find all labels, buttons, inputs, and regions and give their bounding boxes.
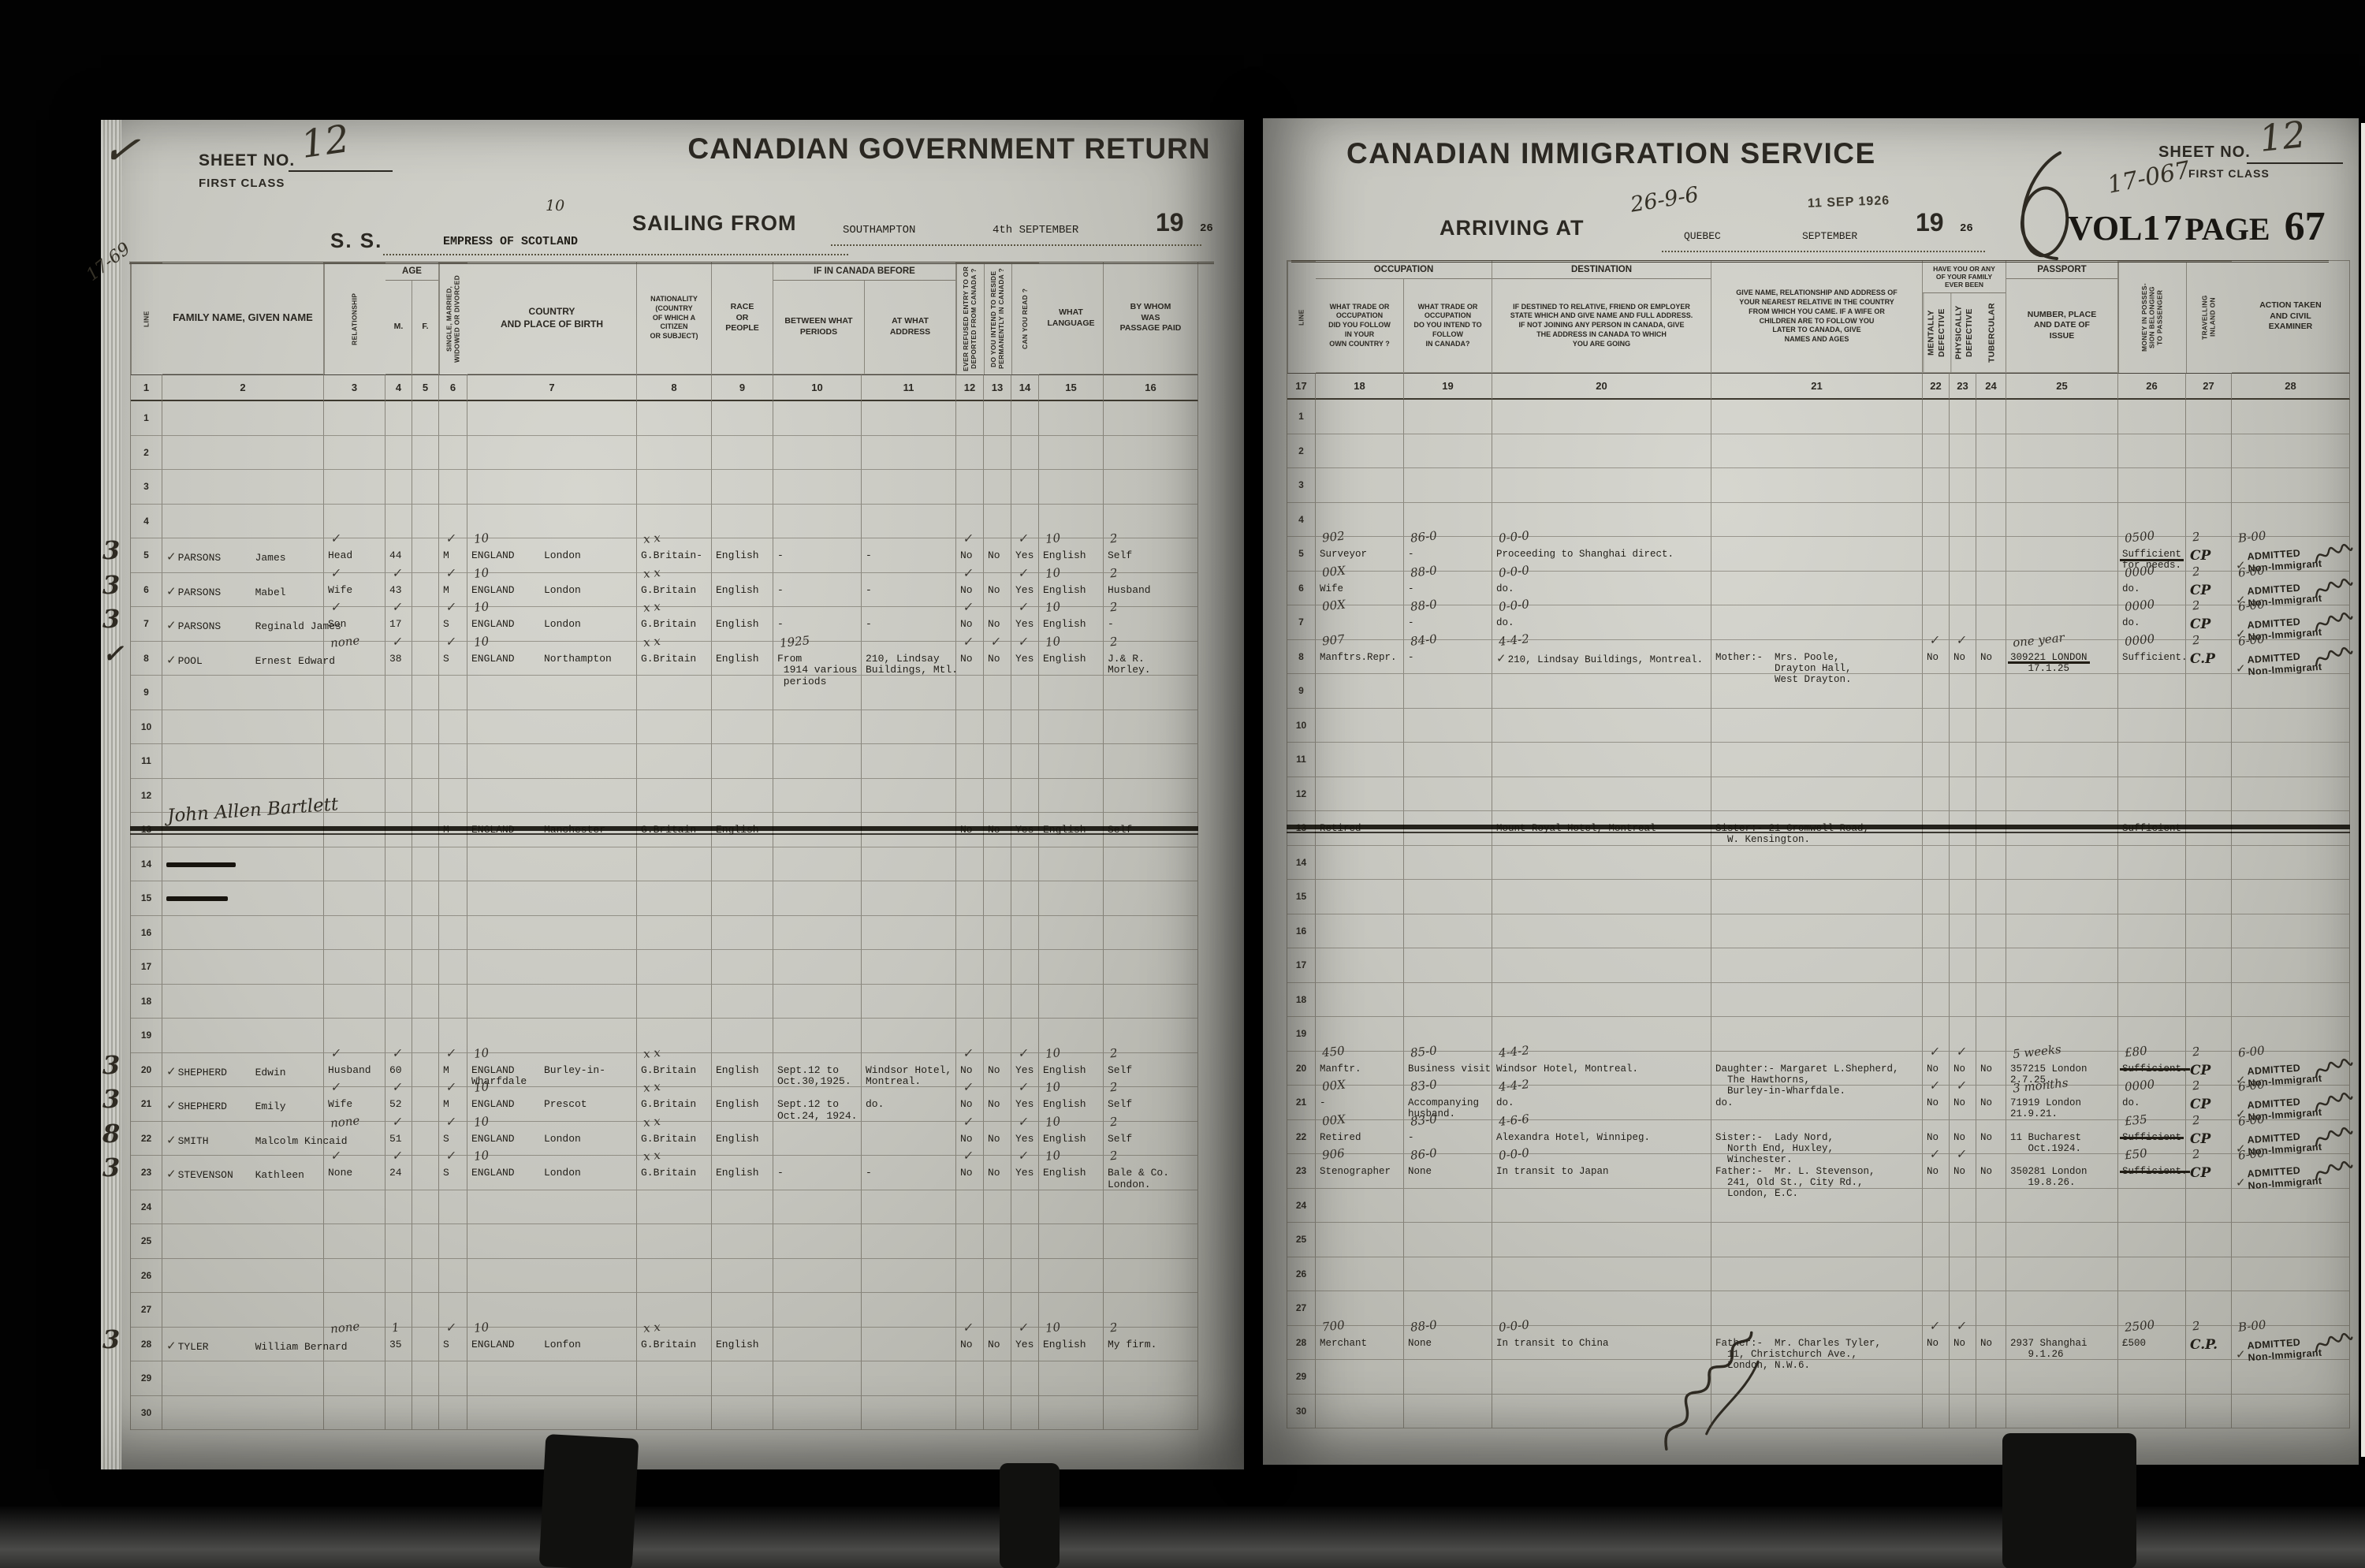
table-cell — [1039, 1259, 1104, 1294]
table-cell — [385, 985, 412, 1019]
table-cell: English — [712, 573, 773, 608]
table-cell — [1011, 1224, 1039, 1259]
table-cell — [2118, 948, 2186, 983]
table-cell — [412, 813, 439, 847]
table-cell: - — [862, 607, 956, 642]
line-number: 18 — [131, 985, 162, 1019]
birth-place-entry: Northampton — [544, 653, 612, 665]
birth-country-entry: ENGLAND — [471, 585, 544, 597]
table-cell: No — [1976, 1052, 2006, 1086]
table-cell — [2186, 983, 2232, 1018]
table-cell — [385, 1190, 412, 1225]
typed-entry: English — [716, 549, 759, 561]
typed-entry: 38 — [389, 653, 402, 665]
table-cell — [1104, 1019, 1198, 1053]
sheet-no-underline — [289, 170, 393, 172]
handwritten-annotation: ✓ — [391, 599, 402, 614]
table-cell — [2232, 743, 2350, 777]
table-cell — [385, 676, 412, 710]
table-cell — [637, 1190, 712, 1225]
table-cell — [412, 1053, 439, 1088]
table-cell — [1316, 1395, 1404, 1429]
column-header-name: FAMILY NAME, GIVEN NAME — [162, 263, 324, 374]
typed-entry: No — [988, 549, 1000, 561]
typed-entry: English — [716, 1167, 759, 1179]
table-cell — [1950, 1189, 1976, 1223]
column-header-occupation-canada: WHAT TRADE OR OCCUPATION DO YOU INTEND T… — [1404, 279, 1492, 372]
column-header-passage-paid: BY WHOM WAS PASSAGE PAID — [1104, 263, 1198, 374]
table-cell — [1039, 470, 1104, 505]
check-mark-annotation: ✓ — [99, 122, 143, 178]
handwritten-annotation: £35 — [2124, 1112, 2147, 1128]
table-cell — [2118, 1395, 2186, 1429]
column-header-can-read: CAN YOU READ ? — [1011, 263, 1039, 374]
table-cell: ✓No — [1923, 1326, 1950, 1361]
typed-entry: English — [1043, 584, 1086, 596]
table-cell — [385, 813, 412, 847]
typed-entry: No — [988, 584, 1000, 596]
column-number: 14 — [1011, 374, 1039, 401]
typed-entry: No — [1953, 1132, 1965, 1143]
typed-entry: No — [988, 824, 1000, 836]
table-cell — [984, 779, 1011, 814]
ss-label: S. S. — [330, 229, 382, 253]
typed-entry: CP — [2190, 1097, 2210, 1112]
handwritten-annotation: 4-4-2 — [1498, 631, 1529, 649]
handwritten-annotation: ✓ — [445, 1045, 456, 1060]
table-cell — [773, 1019, 862, 1053]
table-cell — [1711, 468, 1923, 503]
table-cell: 10ENGLANDLondon — [467, 573, 637, 608]
table-cell — [1104, 744, 1198, 779]
handwritten-annotation: ✓ — [1017, 531, 1028, 546]
table-cell — [637, 950, 712, 985]
typed-entry: 44 — [389, 549, 402, 561]
handwritten-annotation: ✓ — [445, 531, 456, 546]
line-number: 3 — [1287, 468, 1316, 503]
typed-entry: None — [1408, 1338, 1432, 1349]
handwritten-annotation: 2 — [2192, 1147, 2200, 1162]
table-cell — [712, 916, 773, 951]
given-name-entry: James — [255, 552, 286, 564]
table-cell — [956, 710, 984, 745]
year-typed: 26 — [1960, 222, 1973, 235]
table-cell — [1104, 1259, 1198, 1294]
line-number: 17 — [131, 950, 162, 985]
line-number: 283 — [131, 1328, 162, 1362]
table-cell — [467, 436, 637, 471]
typed-entry: None — [328, 1167, 352, 1179]
table-cell — [773, 1190, 862, 1225]
table-cell — [956, 779, 984, 814]
table-cell: Sister:- Lady Nord, North End, Huxley, W… — [1711, 1120, 1923, 1155]
table-cell — [385, 1259, 412, 1294]
table-cell — [2006, 846, 2118, 881]
table-cell — [324, 813, 385, 847]
table-cell — [2186, 400, 2232, 434]
typed-entry: English — [1043, 653, 1086, 665]
table-cell — [984, 1259, 1011, 1294]
column-header-action-taken: ACTION TAKEN AND CIVIL EXAMINER — [2232, 261, 2350, 373]
line-number: 15 — [1287, 880, 1316, 914]
table-cell — [2006, 1395, 2118, 1429]
table-cell — [2118, 400, 2186, 434]
table-cell — [2232, 674, 2350, 709]
table-cell — [1404, 709, 1492, 743]
table-cell — [637, 1361, 712, 1396]
table-cell — [862, 779, 956, 814]
table-cell — [1011, 985, 1039, 1019]
table-cell: 84-0- — [1404, 640, 1492, 675]
table-cell — [2006, 880, 2118, 914]
table-cell — [412, 710, 439, 745]
table-cell — [1104, 505, 1198, 539]
handwritten-annotation: 0-0-0 — [1498, 597, 1529, 614]
table-cell — [467, 881, 637, 916]
table-cell — [2186, 948, 2232, 983]
table-cell — [1316, 743, 1404, 777]
table-cell — [162, 401, 324, 436]
typed-entry: No — [1980, 1063, 1992, 1075]
handwritten-annotation: 86-0 — [1410, 528, 1437, 545]
table-cell: do. — [862, 1087, 956, 1122]
table-cell — [467, 676, 637, 710]
table-cell: 135 — [385, 1328, 412, 1362]
table-cell — [412, 470, 439, 505]
table-cell — [1104, 881, 1198, 916]
typed-entry: English — [716, 1064, 759, 1076]
line-number: 27 — [1287, 1291, 1316, 1326]
handwritten-annotation: ✓ — [962, 531, 973, 546]
table-cell — [324, 744, 385, 779]
table-cell: 10ENGLANDLondon — [467, 1156, 637, 1190]
typed-entry: Business visit — [1408, 1063, 1491, 1075]
table-cell — [1950, 914, 1976, 949]
table-cell: 2500£500 — [2118, 1326, 2186, 1361]
handwritten-annotation: 906 — [1321, 1146, 1345, 1163]
table-cell — [712, 470, 773, 505]
table-cell — [956, 1361, 984, 1396]
table-cell — [712, 401, 773, 436]
table-cell: x xG.Britain — [637, 1328, 712, 1362]
table-cell — [637, 847, 712, 882]
table-cell — [637, 470, 712, 505]
given-name-entry: Emily — [255, 1101, 286, 1112]
line-number: 10 — [131, 710, 162, 745]
table-cell — [1923, 914, 1950, 949]
handwritten-annotation: 10 — [1045, 1045, 1061, 1061]
handwritten-annotation: x x — [642, 599, 661, 615]
struck-out-entry — [166, 896, 228, 901]
table-cell: ✓S — [439, 1328, 467, 1362]
table-cell: ENGLANDManchester — [467, 813, 637, 847]
table-cell — [439, 1224, 467, 1259]
handwritten-annotation: 4-4-2 — [1498, 1077, 1529, 1094]
table-cell: x xG.Britain — [637, 642, 712, 676]
typed-entry: English — [1043, 1339, 1086, 1350]
table-cell — [2232, 1189, 2350, 1223]
table-cell — [1976, 537, 2006, 572]
typed-entry: - — [777, 584, 784, 596]
table-cell — [862, 505, 956, 539]
line-number: 14 — [131, 847, 162, 882]
handwritten-annotation: 2 — [2192, 1318, 2200, 1333]
table-cell — [2232, 709, 2350, 743]
table-cell — [862, 847, 956, 882]
typed-entry: No — [960, 653, 973, 665]
typed-entry: S — [443, 1133, 449, 1145]
column-header-address: AT WHAT ADDRESS — [865, 281, 955, 374]
table-cell: ✓POOLErnest Edward — [162, 642, 324, 676]
handwritten-annotation: 4-4-2 — [1498, 1043, 1529, 1060]
handwritten-annotation: ✓ — [330, 1079, 341, 1094]
typed-entry: Wife — [328, 1098, 352, 1110]
table-cell — [162, 676, 324, 710]
line-number: 63 — [131, 573, 162, 608]
typed-entry: CP — [2190, 1063, 2210, 1078]
table-cell: ✓No — [1950, 640, 1976, 675]
table-cell — [1976, 605, 2006, 640]
table-cell — [1404, 811, 1492, 846]
handwritten-annotation: ✓ — [1017, 1148, 1028, 1163]
handwritten-annotation: 2 — [1109, 1045, 1118, 1060]
line-number: 25 — [1287, 1223, 1316, 1257]
table-cell — [1492, 709, 1711, 743]
margin-annotation: 3 — [102, 1050, 120, 1080]
table-cell — [1492, 846, 1711, 881]
table-cell — [2186, 709, 2232, 743]
column-header-age-f: F. — [412, 281, 438, 374]
table-cell — [385, 436, 412, 471]
defects-group-title: HAVE YOU OR ANY OF YOUR FAMILY EVER BEEN — [1923, 261, 2006, 293]
table-cell — [1950, 400, 1976, 434]
handwritten-annotation: 700 — [1321, 1317, 1345, 1334]
table-cell — [1404, 468, 1492, 503]
table-cell — [412, 1361, 439, 1396]
table-cell — [773, 436, 862, 471]
column-number: 3 — [324, 374, 385, 401]
table-cell — [956, 950, 984, 985]
table-cell — [439, 710, 467, 745]
table-cell — [385, 1293, 412, 1328]
table-cell — [712, 779, 773, 814]
typed-entry: CP — [2190, 548, 2210, 564]
check-mark-annotation: ✓ — [166, 1133, 177, 1147]
table-cell — [439, 847, 467, 882]
handwritten-annotation: 0-0-0 — [1498, 1145, 1529, 1163]
table-cell — [1950, 503, 1976, 538]
table-cell — [412, 1122, 439, 1156]
table-cell — [1976, 1257, 2006, 1292]
table-cell — [637, 744, 712, 779]
table-cell — [467, 985, 637, 1019]
table-cell: ✓PARSONSMabel — [162, 573, 324, 608]
table-cell — [1011, 847, 1039, 882]
handwritten-annotation: 88-0 — [1410, 563, 1437, 579]
table-cell — [2006, 709, 2118, 743]
table-cell — [862, 950, 956, 985]
table-cell — [1492, 1395, 1711, 1429]
table-cell: No — [984, 573, 1011, 608]
table-cell — [162, 1293, 324, 1328]
column-number: 17 — [1287, 373, 1316, 400]
table-cell — [1976, 674, 2006, 709]
typed-entry: 35 — [389, 1339, 402, 1350]
table-cell — [2232, 914, 2350, 949]
typed-entry: do. — [1496, 617, 1514, 628]
table-cell — [712, 505, 773, 539]
table-cell: ✓No — [1923, 1086, 1950, 1120]
column-header-reside-permanently: DO YOU INTEND TO RESIDE PERMANENTLY IN C… — [984, 263, 1011, 374]
table-cell: B-00✓ADMITTEDNon-Immigrant — [2232, 1326, 2350, 1361]
margin-annotation: 3 — [102, 604, 120, 634]
ship-name: EMPRESS OF SCOTLAND — [443, 235, 578, 248]
column-number: 12 — [956, 374, 984, 401]
table-cell: M — [439, 813, 467, 847]
table-cell — [862, 401, 956, 436]
typed-entry: 43 — [389, 584, 402, 596]
typed-entry: G.Britain — [641, 618, 696, 630]
handwritten-annotation: ✓ — [1955, 1044, 1966, 1059]
line-number: 26 — [131, 1259, 162, 1294]
line-number: 10 — [1287, 709, 1316, 743]
handwritten-annotation: 2 — [2192, 598, 2200, 613]
table-cell — [1711, 572, 1923, 606]
handwritten-annotation: none — [330, 1113, 360, 1130]
table-cell: 2C.P. — [2186, 1326, 2232, 1361]
table-cell: ✓SHEPHERDEdwin — [162, 1053, 324, 1088]
typed-entry: M — [443, 549, 449, 561]
column-number: 21 — [1711, 373, 1923, 400]
table-cell — [467, 1396, 637, 1431]
line-number: 27 — [131, 1293, 162, 1328]
vol-label: VOL — [2068, 209, 2142, 248]
handwritten-annotation: ✓ — [1955, 1078, 1966, 1093]
table-cell: 88-0None — [1404, 1326, 1492, 1361]
line-number: 9 — [1287, 674, 1316, 709]
typed-entry: - — [866, 584, 872, 596]
handwritten-annotation: ✓ — [391, 1148, 402, 1163]
table-cell: ✓No — [1950, 1086, 1976, 1120]
table-cell — [984, 985, 1011, 1019]
table-cell — [1976, 1017, 2006, 1052]
typed-entry: No — [1927, 1063, 1939, 1075]
family-name-entry: PARSONS — [178, 621, 255, 633]
given-name-entry: Mabel — [255, 587, 286, 598]
table-cell — [412, 607, 439, 642]
table-cell — [2006, 1257, 2118, 1292]
table-cell — [1976, 1223, 2006, 1257]
line-number: 1 — [131, 401, 162, 436]
table-cell — [956, 1224, 984, 1259]
table-cell — [412, 1156, 439, 1190]
handwritten-annotation: ✓ — [391, 1079, 402, 1094]
table-cell — [712, 436, 773, 471]
table-cell — [324, 916, 385, 951]
table-cell — [2232, 948, 2350, 983]
table-cell — [637, 779, 712, 814]
table-cell — [467, 1190, 637, 1225]
table-cell — [2006, 572, 2118, 606]
line-number: 12 — [131, 779, 162, 814]
table-cell — [1711, 914, 1923, 949]
line-number: 21 — [1287, 1086, 1316, 1120]
handwritten-annotation: 6-00 — [2237, 563, 2265, 579]
handwritten-annotation: 450 — [1321, 1043, 1345, 1060]
column-header-passport-group: PASSPORT NUMBER, PLACE AND DATE OF ISSUE — [2006, 261, 2118, 373]
table-cell — [1923, 1189, 1950, 1223]
column-header-occupation-home: WHAT TRADE OR OCCUPATION DID YOU FOLLOW … — [1316, 279, 1404, 372]
table-cell — [2006, 743, 2118, 777]
table-cell — [2118, 709, 2186, 743]
table-cell — [1316, 846, 1404, 881]
table-cell: 350281 London 19.8.26. — [2006, 1154, 2118, 1189]
line-number: 25 — [131, 1224, 162, 1259]
typed-entry: No — [1980, 1166, 1992, 1177]
table-cell — [467, 1019, 637, 1053]
table-cell — [385, 1224, 412, 1259]
table-cell — [1976, 1360, 2006, 1395]
typed-entry: Yes — [1015, 1064, 1034, 1076]
typed-entry: No — [988, 1339, 1000, 1350]
table-cell — [712, 1259, 773, 1294]
page-title: CANADIAN GOVERNMENT RETURN — [626, 132, 1272, 166]
table-cell — [412, 1224, 439, 1259]
examiner-initials-signature — [2313, 1331, 2354, 1358]
table-cell — [412, 538, 439, 573]
column-header-line: LINE — [1287, 261, 1316, 373]
table-cell — [1923, 434, 1950, 469]
column-header-money: MONEY IN POSSES- SION BELONGING TO PASSE… — [2118, 261, 2186, 373]
typed-entry: Windsor Hotel, Montreal. — [1496, 1063, 1638, 1075]
table-cell — [1711, 1189, 1923, 1223]
ship-name-underline — [383, 254, 848, 255]
table-cell: ✓TYLERWilliam Bernard — [162, 1328, 324, 1362]
column-header-marital: SINGLE, MARRIED, WIDOWED OR DIVORCED — [439, 263, 467, 374]
table-cell — [162, 881, 324, 916]
line-number: 7 — [1287, 605, 1316, 640]
table-cell — [1950, 1395, 1976, 1429]
handwritten-annotation: ✓ — [445, 1320, 456, 1335]
column-header-occupation-group: OCCUPATION WHAT TRADE OR OCCUPATION DID … — [1316, 261, 1492, 373]
handwritten-annotation: 0000 — [2124, 631, 2155, 649]
typed-entry: - — [777, 618, 784, 630]
table-cell — [412, 779, 439, 814]
birth-country-entry: ENGLAND — [471, 1134, 544, 1145]
handwritten-annotation: 2 — [2192, 530, 2200, 545]
table-cell — [1404, 1395, 1492, 1429]
table-cell — [862, 710, 956, 745]
examiner-initials-signature — [2313, 610, 2354, 637]
table-cell — [1039, 779, 1104, 814]
table-cell — [324, 881, 385, 916]
table-cell — [2006, 674, 2118, 709]
examiner-initials-signature — [2313, 576, 2354, 603]
table-cell: Sept.12 to Oct.30,1925. — [773, 1053, 862, 1088]
table-cell — [1711, 709, 1923, 743]
table-cell: 700Merchant — [1316, 1326, 1404, 1361]
table-cell — [2186, 880, 2232, 914]
table-cell: Windsor Hotel, Montreal. — [862, 1053, 956, 1088]
table-cell: ✓No — [1923, 1154, 1950, 1189]
handwritten-annotation: £50 — [2124, 1146, 2147, 1163]
table-cell: ✓No — [984, 642, 1011, 676]
typed-entry: No — [988, 1133, 1000, 1145]
table-cell — [1104, 950, 1198, 985]
table-cell — [1316, 880, 1404, 914]
birth-place-entry: Manchester — [544, 824, 605, 836]
column-header-nearest-relative: GIVE NAME, RELATIONSHIP AND ADDRESS OF Y… — [1711, 261, 1923, 373]
